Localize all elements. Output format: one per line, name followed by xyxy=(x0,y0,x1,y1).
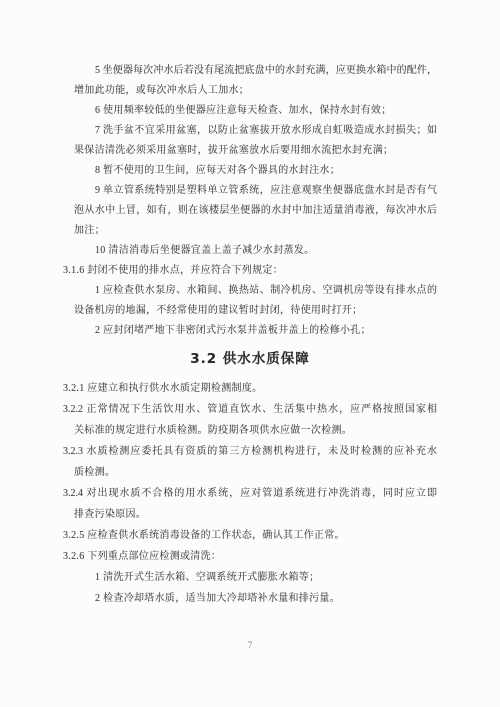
text-line: 8 暂不使用的卫生间，应每天对各个器具的水封注水； xyxy=(63,161,437,181)
text-line: 5 坐便器每次冲水后若没有尾流把底盘中的水封充满，应更换水箱中的配件， xyxy=(63,61,437,81)
page-number: 7 xyxy=(0,641,500,651)
text-line: 质检测。 xyxy=(63,462,437,483)
text-line: 3.2.4 对出现水质不合格的用水系统，应对管道系统进行冲洗消毒，同时应立即 xyxy=(63,483,437,504)
text-line: 6 使用频率较低的坐便器应注意每天检查、加水，保持水封有效； xyxy=(63,101,437,121)
text-line: 加注； xyxy=(63,221,437,241)
text-line: 2 检查冷却塔水质，适当加大冷却塔补水量和排污量。 xyxy=(63,588,437,609)
document-page: 5 坐便器每次冲水后若没有尾流把底盘中的水封充满，应更换水箱中的配件，增加此功能… xyxy=(0,0,500,707)
text-line: 排查污染原因。 xyxy=(63,504,437,525)
clause-block-3-1: 5 坐便器每次冲水后若没有尾流把底盘中的水封充满，应更换水箱中的配件，增加此功能… xyxy=(63,61,437,341)
text-line: 1 清洗开式生活水箱、空调系统开式膨胀水箱等； xyxy=(63,567,437,588)
text-line: 1 应检查供水泵房、水箱间、换热站、制冷机房、空调机房等设有排水点的 xyxy=(63,281,437,301)
text-line: 泡从水中上冒，如有，则在该楼层坐便器的水封中加注适量消毒液，每次冲水后 xyxy=(63,201,437,221)
text-line: 3.1.6 封闭不使用的排水点，并应符合下列规定： xyxy=(63,261,437,281)
text-line: 7 洗手盆不宜采用盆塞，以防止盆塞拔开放水形成自虹吸造成水封损失；如 xyxy=(63,121,437,141)
text-line: 3.2.3 水质检测应委托具有资质的第三方检测机构进行，未及时检测的应补充水 xyxy=(63,441,437,462)
text-line: 3.2.6 下列重点部位应检测或清洗： xyxy=(63,546,437,567)
text-line: 3.2.1 应建立和执行供水水质定期检测制度。 xyxy=(63,378,437,399)
text-line: 10 清洁消毒后坐便器宜盖上盖子减少水封蒸发。 xyxy=(63,241,437,261)
text-line: 3.2.5 应检查供水系统消毒设备的工作状态，确认其工作正常。 xyxy=(63,525,437,546)
section-heading: 3.2 供水水质保障 xyxy=(63,349,437,370)
clause-block-3-2: 3.2.1 应建立和执行供水水质定期检测制度。3.2.2 正常情况下生活饮用水、… xyxy=(63,378,437,609)
text-line: 3.2.2 正常情况下生活饮用水、管道直饮水、生活集中热水，应严格按照国家相 xyxy=(63,399,437,420)
text-line: 9 单立管系统特别是塑料单立管系统，应注意观察坐便器底盘水封是否有气 xyxy=(63,181,437,201)
text-line: 增加此功能，或每次冲水后人工加水； xyxy=(63,81,437,101)
page-content: 5 坐便器每次冲水后若没有尾流把底盘中的水封充满，应更换水箱中的配件，增加此功能… xyxy=(63,61,437,609)
text-line: 2 应封闭堵严地下非密闭式污水泵井盖板井盖上的检修小孔； xyxy=(63,321,437,341)
text-line: 关标准的规定进行水质检测。防疫期各项供水应做一次检测。 xyxy=(63,420,437,441)
text-line: 设备机房的地漏，不经常使用的建议暂时封闭，待使用时打开； xyxy=(63,301,437,321)
text-line: 果保洁清洗必须采用盆塞时，拔开盆塞放水后要用细水流把水封充满； xyxy=(63,141,437,161)
